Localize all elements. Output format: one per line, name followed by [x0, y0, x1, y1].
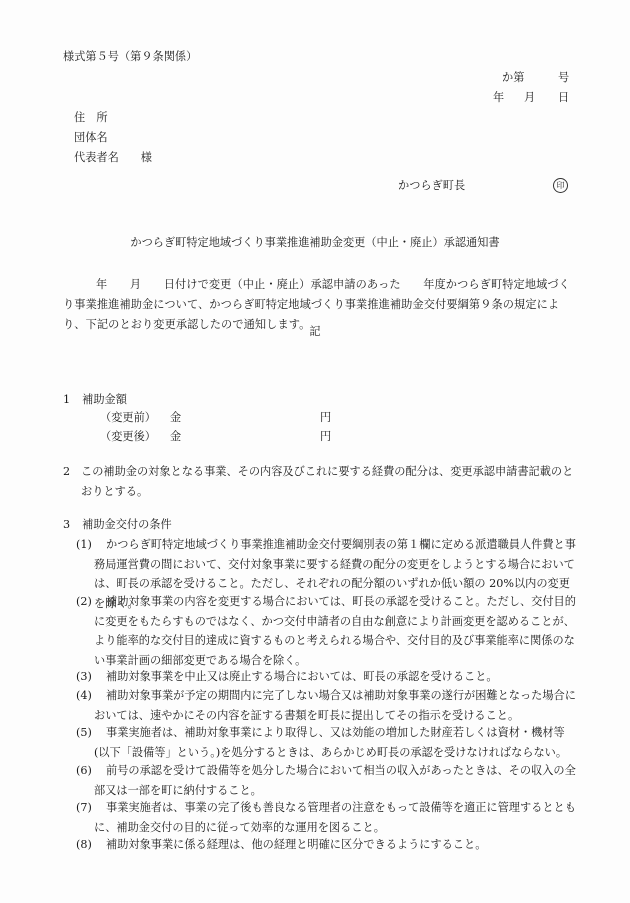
section-1-heading: 1補助金額 [63, 390, 127, 410]
amount-before-row: （変更前） 金 円 [100, 408, 156, 428]
sender-name: かつらぎ町長 [398, 176, 465, 196]
date-month: 月 [524, 88, 535, 108]
condition-item: (8) 補助対象事業に係る経理は、他の経理と明確に区分できるようにすること。 [76, 835, 578, 855]
recipient-representative: 代表者名様 [74, 148, 152, 168]
amount-label: （変更前） [100, 411, 156, 424]
section-text: この補助金の対象となる事業、その内容及びこれに要する経費の配分は、変更承認申請書… [63, 462, 578, 502]
ki-heading: 記 [0, 322, 630, 342]
condition-item: (3) 補助対象事業を中止又は廃止する場合においては、町長の承認を受けること。 [76, 667, 578, 687]
section-3-heading: 3補助金交付の条件 [63, 515, 172, 535]
condition-number: (3) [76, 667, 92, 687]
condition-item: (7) 事業実施者は、事業の完了後も善良なる管理者の注意をもって設備等を適正に管… [76, 798, 578, 837]
yen-label: 円 [320, 427, 331, 447]
section-label: 補助金交付の条件 [82, 518, 172, 531]
section-number: 2 [63, 462, 70, 482]
section-label: 補助金額 [82, 393, 127, 406]
condition-item: (2) 補助対象事業の内容を変更する場合においては、町長の承認を受けること。ただ… [76, 592, 578, 670]
condition-number: (8) [76, 835, 92, 855]
condition-text: 前号の承認を受けて設備等を処分した場合において相当の収入があったときは、その収入… [76, 761, 578, 800]
condition-number: (5) [76, 723, 92, 743]
kin-label: 金 [170, 408, 181, 428]
yen-label: 円 [320, 408, 331, 428]
section-number: 3 [63, 518, 70, 531]
date-year: 年 [493, 88, 504, 108]
kin-label: 金 [170, 427, 181, 447]
condition-number: (1) [76, 535, 92, 555]
condition-item: (5) 事業実施者は、補助対象事業により取得し、又は効能の増加した財産若しくは資… [76, 723, 578, 762]
rep-label: 代表者名 [74, 151, 119, 164]
section-2: 2 この補助金の対象となる事業、その内容及びこれに要する経費の配分は、変更承認申… [63, 462, 578, 502]
honorific: 様 [141, 151, 152, 164]
condition-item: (4) 補助対象事業が予定の期間内に完了しない場合又は補助対象事業の遂行が困難と… [76, 686, 578, 725]
form-number: 様式第５号（第９条関係） [63, 47, 197, 67]
date-day: 日 [558, 88, 569, 108]
recipient-org-label: 団体名 [74, 128, 108, 148]
recipient-address-label: 住 所 [74, 108, 108, 128]
section-number: 1 [63, 393, 70, 406]
amount-label: （変更後） [100, 430, 156, 443]
condition-text: 補助対象事業を中止又は廃止する場合においては、町長の承認を受けること。 [76, 667, 578, 687]
doc-number-suffix: 号 [558, 68, 569, 88]
doc-number-prefix: か第 [502, 68, 524, 88]
condition-text: 補助対象事業が予定の期間内に完了しない場合又は補助対象事業の遂行が困難となった場… [76, 686, 578, 725]
condition-text: 事業実施者は、事業の完了後も善良なる管理者の注意をもって設備等を適正に管理すると… [76, 798, 578, 837]
condition-item: (6) 前号の承認を受けて設備等を処分した場合において相当の収入があったときは、… [76, 761, 578, 800]
condition-text: 事業実施者は、補助対象事業により取得し、又は効能の増加した財産若しくは資材・機材… [76, 723, 578, 762]
amount-after-row: （変更後） 金 円 [100, 427, 156, 447]
condition-number: (7) [76, 798, 92, 818]
document-title: かつらぎ町特定地域づくり事業推進補助金変更（中止・廃止）承認通知書 [0, 233, 630, 253]
condition-number: (6) [76, 761, 92, 781]
condition-text: 補助対象事業に係る経理は、他の経理と明確に区分できるようにすること。 [76, 835, 578, 855]
condition-number: (4) [76, 686, 92, 706]
condition-text: 補助対象事業の内容を変更する場合においては、町長の承認を受けること。ただし、交付… [76, 592, 578, 670]
condition-number: (2) [76, 592, 92, 612]
seal-icon: 印 [553, 178, 568, 193]
